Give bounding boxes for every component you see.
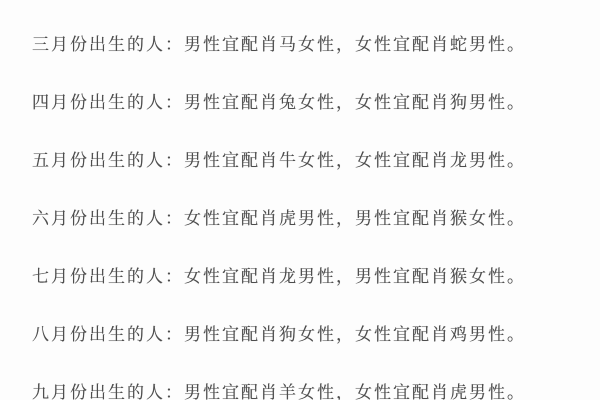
document-line-august: 八月份出生的人：男性宜配肖狗女性，女性宜配肖鸡男性。 [32, 326, 580, 344]
document-line-july: 七月份出生的人：女性宜配肖龙男性，男性宜配肖猴女性。 [32, 268, 580, 286]
document-line-june: 六月份出生的人：女性宜配肖虎男性，男性宜配肖猴女性。 [32, 210, 580, 228]
document-line-september: 九月份出生的人：男性宜配肖羊女性，女性宜配肖虎男性。 [32, 384, 580, 400]
document-line-march: 三月份出生的人：男性宜配肖马女性，女性宜配肖蛇男性。 [32, 36, 580, 54]
article-body: 三月份出生的人：男性宜配肖马女性，女性宜配肖蛇男性。 四月份出生的人：男性宜配肖… [32, 36, 580, 400]
document-line-may: 五月份出生的人：男性宜配肖牛女性，女性宜配肖龙男性。 [32, 152, 580, 170]
document-line-april: 四月份出生的人：男性宜配肖兔女性，女性宜配肖狗男性。 [32, 94, 580, 112]
